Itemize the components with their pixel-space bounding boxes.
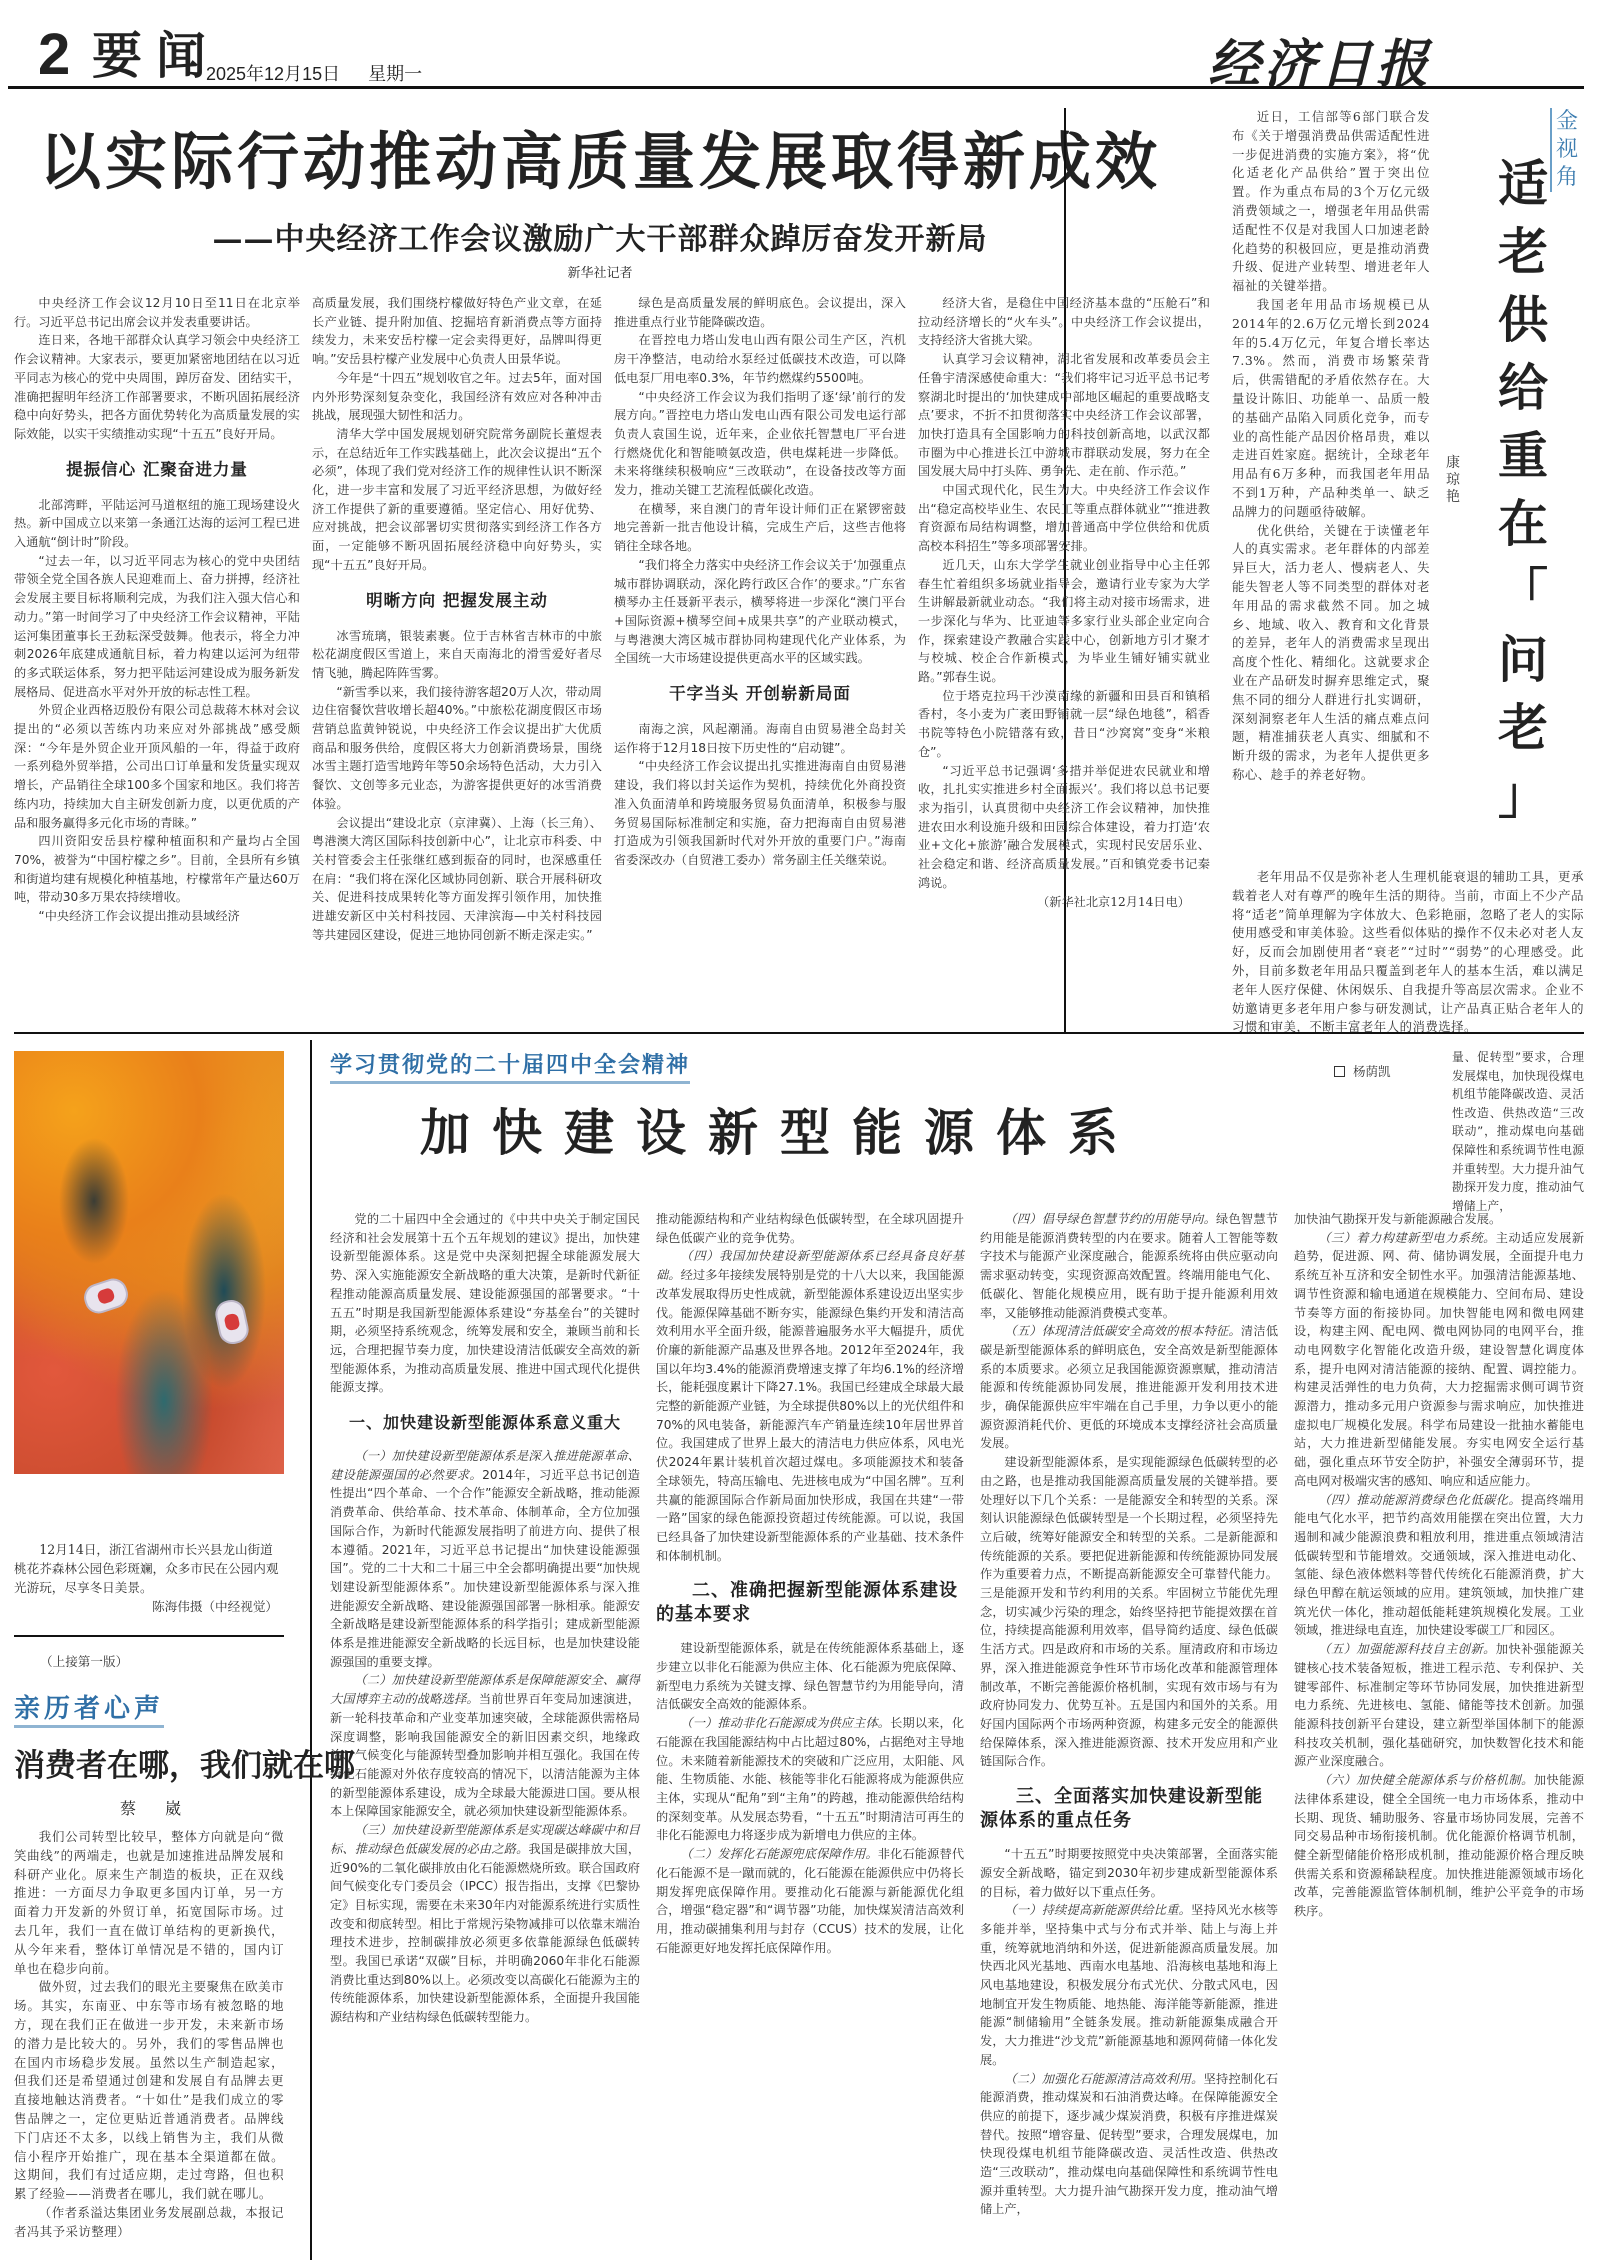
photo-credit: 陈海伟摄（中经视觉） <box>14 1597 284 1616</box>
energy-column-3: （四）倡导绿色智慧节约的用能导向。绿色智慧节约用能是能源消费转型的内在要求。随着… <box>980 1210 1278 2219</box>
boat-icon <box>213 1297 251 1346</box>
paragraph: （四）推动能源消费绿色化低碳化。提高终端用能电气化水平，把节约高效用能摆在突出位… <box>1294 1491 1584 1641</box>
section-heading: 明晰方向 把握发展主动 <box>312 589 602 613</box>
paragraph: 党的二十届四中全会通过的《中共中央关于制定国民经济和社会发展第十五个五年规划的建… <box>330 1210 640 1397</box>
paragraph: 认真学习会议精神，湖北省发展和改革委员会主任鲁宇清深感使命重大：“我们将牢记习近… <box>918 350 1210 481</box>
date-text: 2025年12月15日 <box>206 64 340 84</box>
section-heading: 二、准确把握新型能源体系建设的基本要求 <box>656 1579 964 1627</box>
paragraph: 清华大学中国发展规划研究院常务副院长董煜表示，在总结近年工作实践基础上，此次会议… <box>312 425 602 575</box>
opinion-author: 蔡 崴 <box>120 1796 193 1819</box>
paragraph: 近几天，山东大学学生就业创业指导中心主任郭春生忙着组织多场就业指导会，邀请行业专… <box>918 556 1210 687</box>
masthead-rule <box>8 86 1584 89</box>
paragraph: 我们公司转型比较早，整体方向就是向“微笑曲线”的两端走，也就是加速推进品牌发展和… <box>14 1828 284 1978</box>
commentary-author: 康琼艳 <box>1446 455 1462 506</box>
paragraph: “中央经济工作会议为我们指明了逐‘绿’前行的发展方向。”晋控电力塔山发电山西有限… <box>614 388 906 500</box>
opinion-title: 消费者在哪，我们就在哪 <box>14 1740 355 1785</box>
paragraph: 绿色是高质量发展的鲜明底色。会议提出，深入推进重点行业节能降碳改造。 <box>614 294 906 331</box>
paragraph: 建设新型能源体系，就是在传统能源体系基础上，逐步建立以非化石能源为供应主体、化石… <box>656 1639 964 1714</box>
paragraph: 加快油气勘探开发与新能源融合发展。 <box>1294 1210 1584 1229</box>
lead-column-4: 经济大省，是稳住中国经济基本盘的“压舱石”和拉动经济增长的“火车头”。中央经济工… <box>918 294 1210 911</box>
paragraph: （一）持续提高新能源供给比重。坚持风光水核等多能并举，坚持集中式与分布式并举、陆… <box>980 1901 1278 2069</box>
lead-column-1: 中央经济工作会议12月10日至11日在北京举行。习近平总书记出席会议并发表重要讲… <box>14 294 300 926</box>
paragraph: “习近平总书记强调‘多措并举促进农民就业和增收，扎扎实实推进乡村全面振兴’。我们… <box>918 762 1210 893</box>
section-heading: 干字当头 开创崭新局面 <box>614 682 906 706</box>
paragraph: （二）加快建设新型能源体系是保障能源安全、赢得大国博弈主动的战略选择。当前世界百… <box>330 1671 640 1821</box>
paragraph: 连日来，各地干部群众认真学习领会中央经济工作会议精神。大家表示，要更加紧密地团结… <box>14 331 300 443</box>
photo-caption: 12月14日，浙江省湖州市长兴县龙山街道桃花芥森林公园色彩斑斓，众多市民在公园内… <box>14 1540 284 1616</box>
paragraph: 推动能源结构和产业结构绿色低碳转型，在全球巩固提升绿色低碳产业的竞争优势。 <box>656 1210 964 1247</box>
paragraph: 中央经济工作会议12月10日至11日在北京举行。习近平总书记出席会议并发表重要讲… <box>14 294 300 331</box>
paragraph: 南海之滨，风起潮涌。海南自由贸易港全岛封关运作将于12月18日按下历史性的“启动… <box>614 720 906 757</box>
paragraph: 外贸企业西格迈股份有限公司总裁蒋木林对会议提出的“必须以苦练内功来应对外部挑战”… <box>14 701 300 832</box>
paragraph: 在横琴，来自澳门的青年设计师们正在紧锣密鼓地完善新一批吉他设计稿，完成生产后，这… <box>614 500 906 556</box>
section-heading: 三、全面落实加快建设新型能源体系的重点任务 <box>980 1785 1278 1833</box>
paragraph: 会议提出“建设北京（京津冀）、上海（长三角）、粤港澳大湾区国际科技创新中心”，让… <box>312 814 602 945</box>
section-rule <box>14 1032 1584 1034</box>
paragraph: （三）加快建设新型能源体系是实现碳达峰碳中和目标、推动绿色低碳发展的必由之路。我… <box>330 1821 640 2027</box>
paragraph: 经济大省，是稳住中国经济基本盘的“压舱石”和拉动经济增长的“火车头”。中央经济工… <box>918 294 1210 350</box>
paragraph: （二）发挥化石能源兜底保障作用。非化石能源替代化石能源不是一蹴而就的，化石能源在… <box>656 1845 964 1957</box>
weekday-text: 星期一 <box>368 64 422 84</box>
article-author: 杨荫凯 <box>1334 1062 1391 1080</box>
paragraph: （四）倡导绿色智慧节约的用能导向。绿色智慧节约用能是能源消费转型的内在要求。随着… <box>980 1210 1278 1322</box>
energy-column-4-top: 量、促转型”要求，合理发展煤电，加快现役煤电机组节能降碳改造、灵活性改造、供热改… <box>1452 1048 1584 1215</box>
paragraph: “十五五”时期要按照党中央决策部署，全面落实能源安全新战略，锚定到2030年初步… <box>980 1845 1278 1901</box>
energy-column-2: 推动能源结构和产业结构绿色低碳转型，在全球巩固提升绿色低碳产业的竞争优势。 （四… <box>656 1210 964 1957</box>
lead-subheadline: ——中央经济工作会议激励广大干部群众踔厉奋发开新局 <box>0 214 1200 258</box>
commentary-body: 近日，工信部等6部门联合发布《关于增强消费品供需适配性进一步促进消费的实施方案》… <box>1232 108 1430 785</box>
column-divider <box>310 1040 312 2260</box>
paragraph: “中央经济工作会议提出推动县域经济 <box>14 907 300 926</box>
photo-autumn-forest-boats <box>14 1051 284 1474</box>
paragraph: 中国式现代化，民生为大。中央经济工作会议作出“稳定高校毕业生、农民工等重点群体就… <box>918 481 1210 556</box>
lead-headline: 以实际行动推动高质量发展取得新成效 <box>0 122 1200 202</box>
series-kicker: 学习贯彻党的二十届四中全会精神 <box>330 1048 690 1084</box>
paragraph: （二）加强化石能源清洁高效利用。坚持控制化石能源消费，推动煤炭和石油消费达峰。在… <box>980 2070 1278 2220</box>
issue-date: 2025年12月15日 星期一 <box>206 60 422 86</box>
photo-rule <box>14 1635 284 1637</box>
lead-column-2: 高质量发展，我们围绕柠檬做好特色产业文章，在延长产业链、提升附加值、挖掘培育新消… <box>312 294 602 945</box>
paragraph: 在晋控电力塔山发电山西有限公司生产区，汽机房干净整洁，电动给水泵经过低碳技术改造… <box>614 331 906 387</box>
dispatch-dateline: （新华社北京12月14日电） <box>918 893 1210 912</box>
square-bullet-icon <box>1334 1066 1345 1077</box>
energy-column-4: 加快油气勘探开发与新能源融合发展。 （三）着力构建新型电力系统。主动适应发展新趋… <box>1294 1210 1584 1921</box>
paragraph: 冰雪琉璃，银装素裹。位于吉林省吉林市的中旅松花湖度假区雪道上，来自天南海北的滑雪… <box>312 627 602 683</box>
page-number: 2 <box>38 20 70 90</box>
energy-column-1: 党的二十届四中全会通过的《中共中央关于制定国民经济和社会发展第十五个五年规划的建… <box>330 1210 640 2027</box>
article-headline: 加快建设新型能源体系 <box>420 1093 1140 1165</box>
paragraph: （三）着力构建新型电力系统。主动适应发展新趋势，促进源、网、荷、储协调发展，全面… <box>1294 1229 1584 1491</box>
opinion-body: 我们公司转型比较早，整体方向就是向“微笑曲线”的两端走，也就是加速推进品牌发展和… <box>14 1828 284 2242</box>
paragraph: 今年是“十四五”规划收官之年。过去5年，面对国内外形势深刻复杂变化，我国经济有效… <box>312 369 602 425</box>
paragraph: “过去一年，以习近平同志为核心的党中央团结带领全党全国各族人民迎难而上、奋力拼搏… <box>14 552 300 702</box>
paragraph: “中央经济工作会议提出扎实推进海南自由贸易港建设，我们将以封关运作为契机，持续优… <box>614 757 906 869</box>
paragraph: 高质量发展，我们围绕柠檬做好特色产业文章，在延长产业链、提升附加值、挖掘培育新消… <box>312 294 602 369</box>
commentary-vertical-title: 适 老 供 给 重 在 「 问 老 」 <box>1488 150 1558 830</box>
section-heading: 一、加快建设新型能源体系意义重大 <box>330 1411 640 1435</box>
section-name: 要闻 <box>92 26 220 86</box>
lead-column-3: 绿色是高质量发展的鲜明底色。会议提出，深入推进重点行业节能降碳改造。 在晋控电力… <box>614 294 906 870</box>
paragraph: （五）体现清洁低碳安全高效的根本特征。清洁低碳是新型能源体系的鲜明底色，安全高效… <box>980 1322 1278 1453</box>
paragraph: 建设新型能源体系，是实现能源绿色低碳转型的必由之路，也是推动我国能源高质量发展的… <box>980 1453 1278 1771</box>
section-heading: 提振信心 汇聚奋进力量 <box>14 458 300 482</box>
paragraph: 四川资阳安岳县柠檬种植面积和产量均占全国70%，被誉为“中国柠檬之乡”。目前，全… <box>14 832 300 907</box>
commentary-wide-paragraph: 老年用品不仅是弥补老人生理机能衰退的辅助工具，更承载着老人对有尊严的晚年生活的期… <box>1232 868 1584 1037</box>
paragraph: （作者系溢达集团业务发展副总裁，本报记者冯其予采访整理） <box>14 2204 284 2242</box>
paragraph: （一）推动非化石能源成为供应主体。长期以来，化石能源在我国能源结构中占比超过80… <box>656 1714 964 1845</box>
paragraph: 近日，工信部等6部门联合发布《关于增强消费品供需适配性进一步促进消费的实施方案》… <box>1232 108 1430 296</box>
paragraph: （四）我国加快建设新型能源体系已经具备良好基础。经过多年接续发展特别是党的十八大… <box>656 1247 964 1565</box>
paragraph: 优化供给，关键在于读懂老年人的真实需求。老年群体的内部差异巨大，活力老人、慢病老… <box>1232 522 1430 785</box>
paragraph: 位于塔克拉玛干沙漠南缘的新疆和田县百和镇稻香村，冬小麦为广袤田野铺就一层“绿色地… <box>918 687 1210 762</box>
continued-note: （上接第一版） <box>40 1652 128 1671</box>
lead-byline: 新华社记者 <box>0 262 1200 281</box>
paragraph: 北部湾畔，平陆运河马道枢纽的施工现场建设火热。新中国成立以来第一条通江达海的运河… <box>14 496 300 552</box>
paragraph: （六）加快健全能源体系与价格机制。加快能源法律体系建设，健全全国统一电力市场体系… <box>1294 1771 1584 1921</box>
paragraph: “我们将全力落实中央经济工作会议关于‘加强重点城市群协调联动，深化跨行政区合作’… <box>614 556 906 668</box>
paragraph: 我国老年用品市场规模已从2014年的2.6万亿元增长到2024年的5.4万亿元，… <box>1232 296 1430 522</box>
paragraph: （一）加快建设新型能源体系是深入推进能源革命、建设能源强国的必然要求。2014年… <box>330 1447 640 1671</box>
boat-icon <box>80 1275 131 1317</box>
paragraph: “新雪季以来，我们接待游客超20万人次，带动周边住宿餐饮营收增长超40%。”中旅… <box>312 683 602 814</box>
opinion-kicker: 亲历者心声 <box>14 1688 164 1728</box>
paragraph: 做外贸，过去我们的眼光主要聚焦在欧美市场。其实，东南亚、中东等市场有被忽略的地方… <box>14 1978 284 2204</box>
paragraph: （五）加强能源科技自主创新。加快补强能源关键核心技术装备短板，推进工程示范、专利… <box>1294 1640 1584 1771</box>
